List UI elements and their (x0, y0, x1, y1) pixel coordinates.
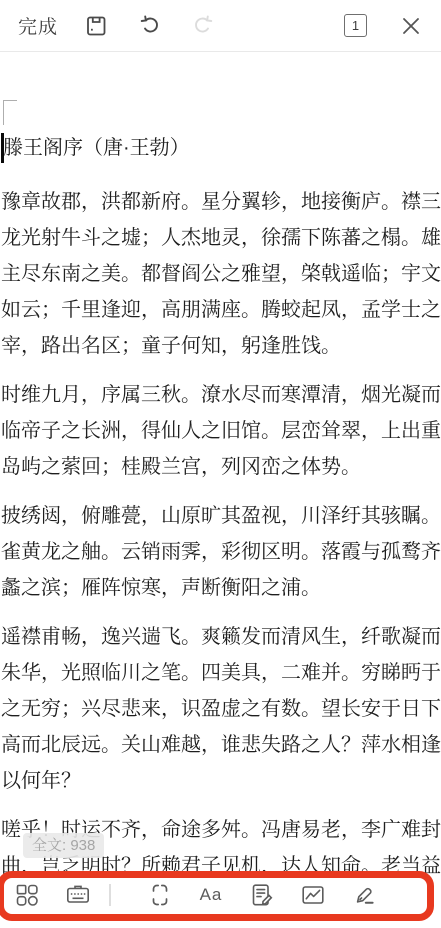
text-line: 蠡之滨；雁阵惊寒，声断衡阳之浦。 (1, 570, 441, 606)
text-line: 披绣闼，俯雕甍，山原旷其盈视，川泽纡其骇瞩。 (1, 498, 441, 534)
close-icon (398, 13, 424, 39)
keyboard-icon (65, 882, 91, 908)
text-line: 遥襟甫畅，逸兴遄飞。爽籁发而清风生，纤歌凝而 (1, 619, 441, 655)
signature-pen-icon (351, 882, 377, 908)
save-icon (83, 13, 109, 39)
tools-grid-button[interactable] (1, 875, 52, 915)
page-number: 1 (352, 18, 359, 33)
text-line: 雀黄龙之舳。云销雨霁，彩彻区明。落霞与孤鹜齐 (1, 534, 441, 570)
font-settings-button[interactable]: Aa (186, 875, 237, 915)
text-line: 临帝子之长洲，得仙人之旧馆。层峦耸翠，上出重 (1, 413, 441, 449)
text-line: 之无穷；兴尽悲来，识盈虚之有数。望长安于日下 (1, 691, 441, 727)
document-title-line: 滕王阁序（唐·王勃） (1, 130, 441, 166)
document-canvas[interactable]: 滕王阁序（唐·王勃） 豫章故郡，洪都新府。星分翼轸，地接衡庐。襟三 龙光射牛斗之… (0, 53, 441, 874)
done-button[interactable]: 完成 (18, 12, 58, 39)
redo-icon (190, 13, 216, 39)
paragraph-4: 遥襟甫畅，逸兴遄飞。爽籁发而清风生，纤歌凝而 朱华，光照临川之笔。四美具，二难并… (1, 619, 441, 799)
font-size-icon: Aa (200, 885, 223, 905)
text-line: 时维九月，序属三秋。潦水尽而寒潭清，烟光凝而 (1, 377, 441, 413)
page-margin-corner-mark (3, 100, 17, 125)
undo-button[interactable] (128, 7, 172, 45)
text-line: 高而北辰远。关山难越，谁悲失路之人？萍水相逢 (1, 727, 441, 763)
insert-image-icon (300, 882, 326, 908)
text-line: 主尽东南之美。都督阎公之雅望，棨戟遥临；宇文 (1, 256, 441, 292)
bottom-toolbar: Aa (0, 874, 441, 928)
text-line: 以何年？ (1, 763, 441, 799)
word-count-badge: 全文: 938 (23, 833, 104, 858)
app-screen: 完成 (0, 0, 441, 928)
mobile-frame-icon (147, 882, 173, 908)
text-line: 如云；千里逢迎，高朋满座。腾蛟起凤，孟学士之 (1, 292, 441, 328)
paragraph-3: 披绣闼，俯雕甍，山原旷其盈视，川泽纡其骇瞩。 雀黄龙之舳。云销雨霁，彩彻区明。落… (1, 498, 441, 606)
mobile-view-button[interactable] (135, 875, 186, 915)
close-button[interactable] (389, 7, 433, 45)
signature-pen-button[interactable] (339, 875, 390, 915)
keyboard-button[interactable] (52, 875, 103, 915)
text-line: 龙光射牛斗之墟；人杰地灵，徐孺下陈蕃之榻。雄 (1, 220, 441, 256)
text-cursor (1, 133, 4, 163)
tools-grid-icon (14, 882, 40, 908)
text-line: 豫章故郡，洪都新府。星分翼轸，地接衡庐。襟三 (1, 184, 441, 220)
edit-document-button[interactable] (237, 875, 288, 915)
page-indicator[interactable]: 1 (344, 14, 367, 37)
redo-button[interactable] (181, 7, 225, 45)
text-line: 朱华，光照临川之笔。四美具，二难并。穷睇眄于 (1, 655, 441, 691)
topbar: 完成 (0, 0, 441, 52)
text-line: 宰，路出名区；童子何知，躬逢胜饯。 (1, 328, 441, 364)
save-button[interactable] (74, 7, 118, 45)
edit-document-icon (249, 882, 275, 908)
insert-image-button[interactable] (288, 875, 339, 915)
undo-icon (137, 13, 163, 39)
toolbar-divider (109, 884, 111, 906)
document-title: 滕王阁序（唐·王勃） (3, 137, 190, 159)
text-line: 岛屿之萦回；桂殿兰宫，列冈峦之体势。 (1, 449, 441, 485)
paragraph-2: 时维九月，序属三秋。潦水尽而寒潭清，烟光凝而 临帝子之长洲，得仙人之旧馆。层峦耸… (1, 377, 441, 485)
paragraph-1: 豫章故郡，洪都新府。星分翼轸，地接衡庐。襟三 龙光射牛斗之墟；人杰地灵，徐孺下陈… (1, 184, 441, 364)
